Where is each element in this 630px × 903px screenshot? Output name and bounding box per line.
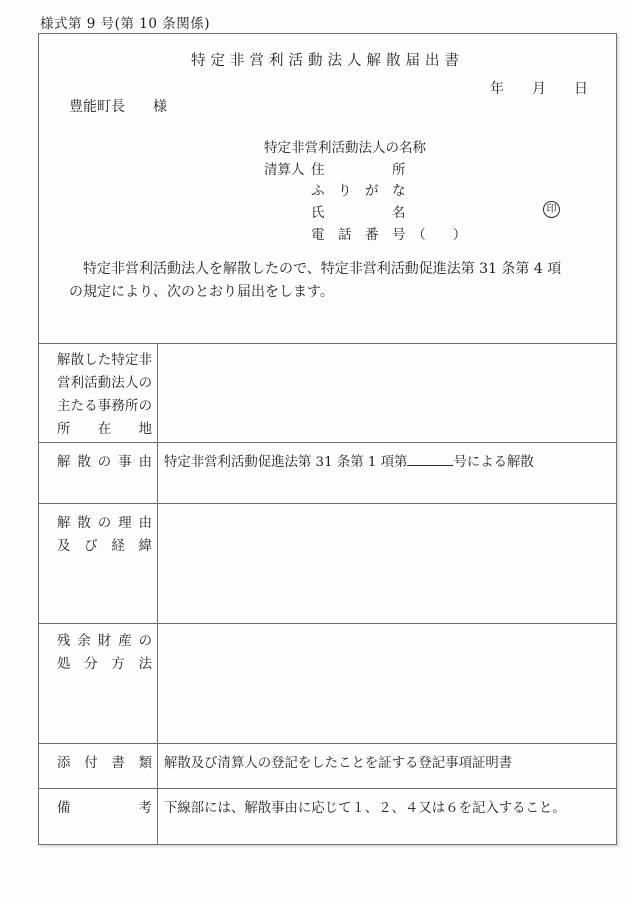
row-content-dissolution-reason (158, 504, 616, 623)
row-label-residual-assets: 残余財産の 処分方法 (39, 624, 158, 743)
declaration-line-2: の規定により、次のとおり届出をします。 (69, 281, 592, 304)
row-label-dissolution-cause: 解散の事由 (39, 443, 158, 503)
furigana-label: ふ り が な (311, 181, 406, 203)
declaration-paragraph: 特定非営利活動法人を解散したので、特定非営利活動促進法第 31 条第 4 項 の… (69, 258, 592, 303)
row-label-attachments: 添付書類 (39, 744, 158, 788)
date-line: 年 月 日 (490, 78, 588, 98)
row-content-remarks: 下線部には、解散事由に応じて１、２、４又は６を記入すること。 (158, 789, 616, 844)
table-row-remarks: 備考 下線部には、解散事由に応じて１、２、４又は６を記入すること。 (39, 788, 616, 844)
spacer (264, 225, 311, 247)
dissolution-table: 解散した特定非 営利活動法人の 主たる事務所の 所在地 解散の事由 特定非営利活… (39, 343, 616, 844)
blank-underline (407, 452, 453, 466)
row-content-attachments: 解散及び清算人の登記をしたことを証する登記事項証明書 (158, 744, 616, 788)
form-number-label: 様式第 9 号(第 10 条関係) (40, 12, 210, 32)
table-row-office-address: 解散した特定非 営利活動法人の 主たる事務所の 所在地 (39, 343, 616, 442)
liquidator-identity-block: 特定非営利活動法人の名称 清算人 住 所 ふ り が な 氏 名 電 話 番 号… (264, 138, 594, 247)
row-label-dissolution-reason: 解散の理由 及び経緯 (39, 504, 158, 623)
table-row-residual-assets: 残余財産の 処分方法 (39, 623, 616, 743)
row-label-remarks: 備考 (39, 789, 158, 844)
spacer (264, 203, 311, 225)
row-content-dissolution-cause: 特定非営利活動促進法第 31 条第 1 項第号による解散 (158, 443, 616, 503)
declaration-line-1: 特定非営利活動法人を解散したので、特定非営利活動促進法第 31 条第 4 項 (69, 258, 592, 281)
address-label: 住 所 (311, 160, 406, 182)
row-content-office-address (158, 344, 616, 442)
spacer (264, 181, 311, 203)
corporation-name-label: 特定非営利活動法人の名称 (264, 138, 426, 160)
row-label-office-address: 解散した特定非 営利活動法人の 主たる事務所の 所在地 (39, 344, 158, 442)
seal-icon: 印 (543, 201, 560, 218)
phone-label: 電 話 番 号 （ ） (311, 225, 466, 247)
row-content-residual-assets (158, 624, 616, 743)
dissolution-form-sheet: 特定非営利活動法人解散届出書 年 月 日 豊能町長 様 特定非営利活動法人の名称… (38, 33, 617, 845)
addressee-line: 豊能町長 様 (69, 96, 167, 116)
liquidator-label: 清算人 (264, 160, 311, 182)
table-row-dissolution-reason: 解散の理由 及び経緯 (39, 503, 616, 623)
table-row-dissolution-cause: 解散の事由 特定非営利活動促進法第 31 条第 1 項第号による解散 (39, 442, 616, 503)
form-title: 特定非営利活動法人解散届出書 (39, 49, 616, 70)
table-row-attachments: 添付書類 解散及び清算人の登記をしたことを証する登記事項証明書 (39, 743, 616, 788)
name-label: 氏 名 (311, 203, 406, 225)
